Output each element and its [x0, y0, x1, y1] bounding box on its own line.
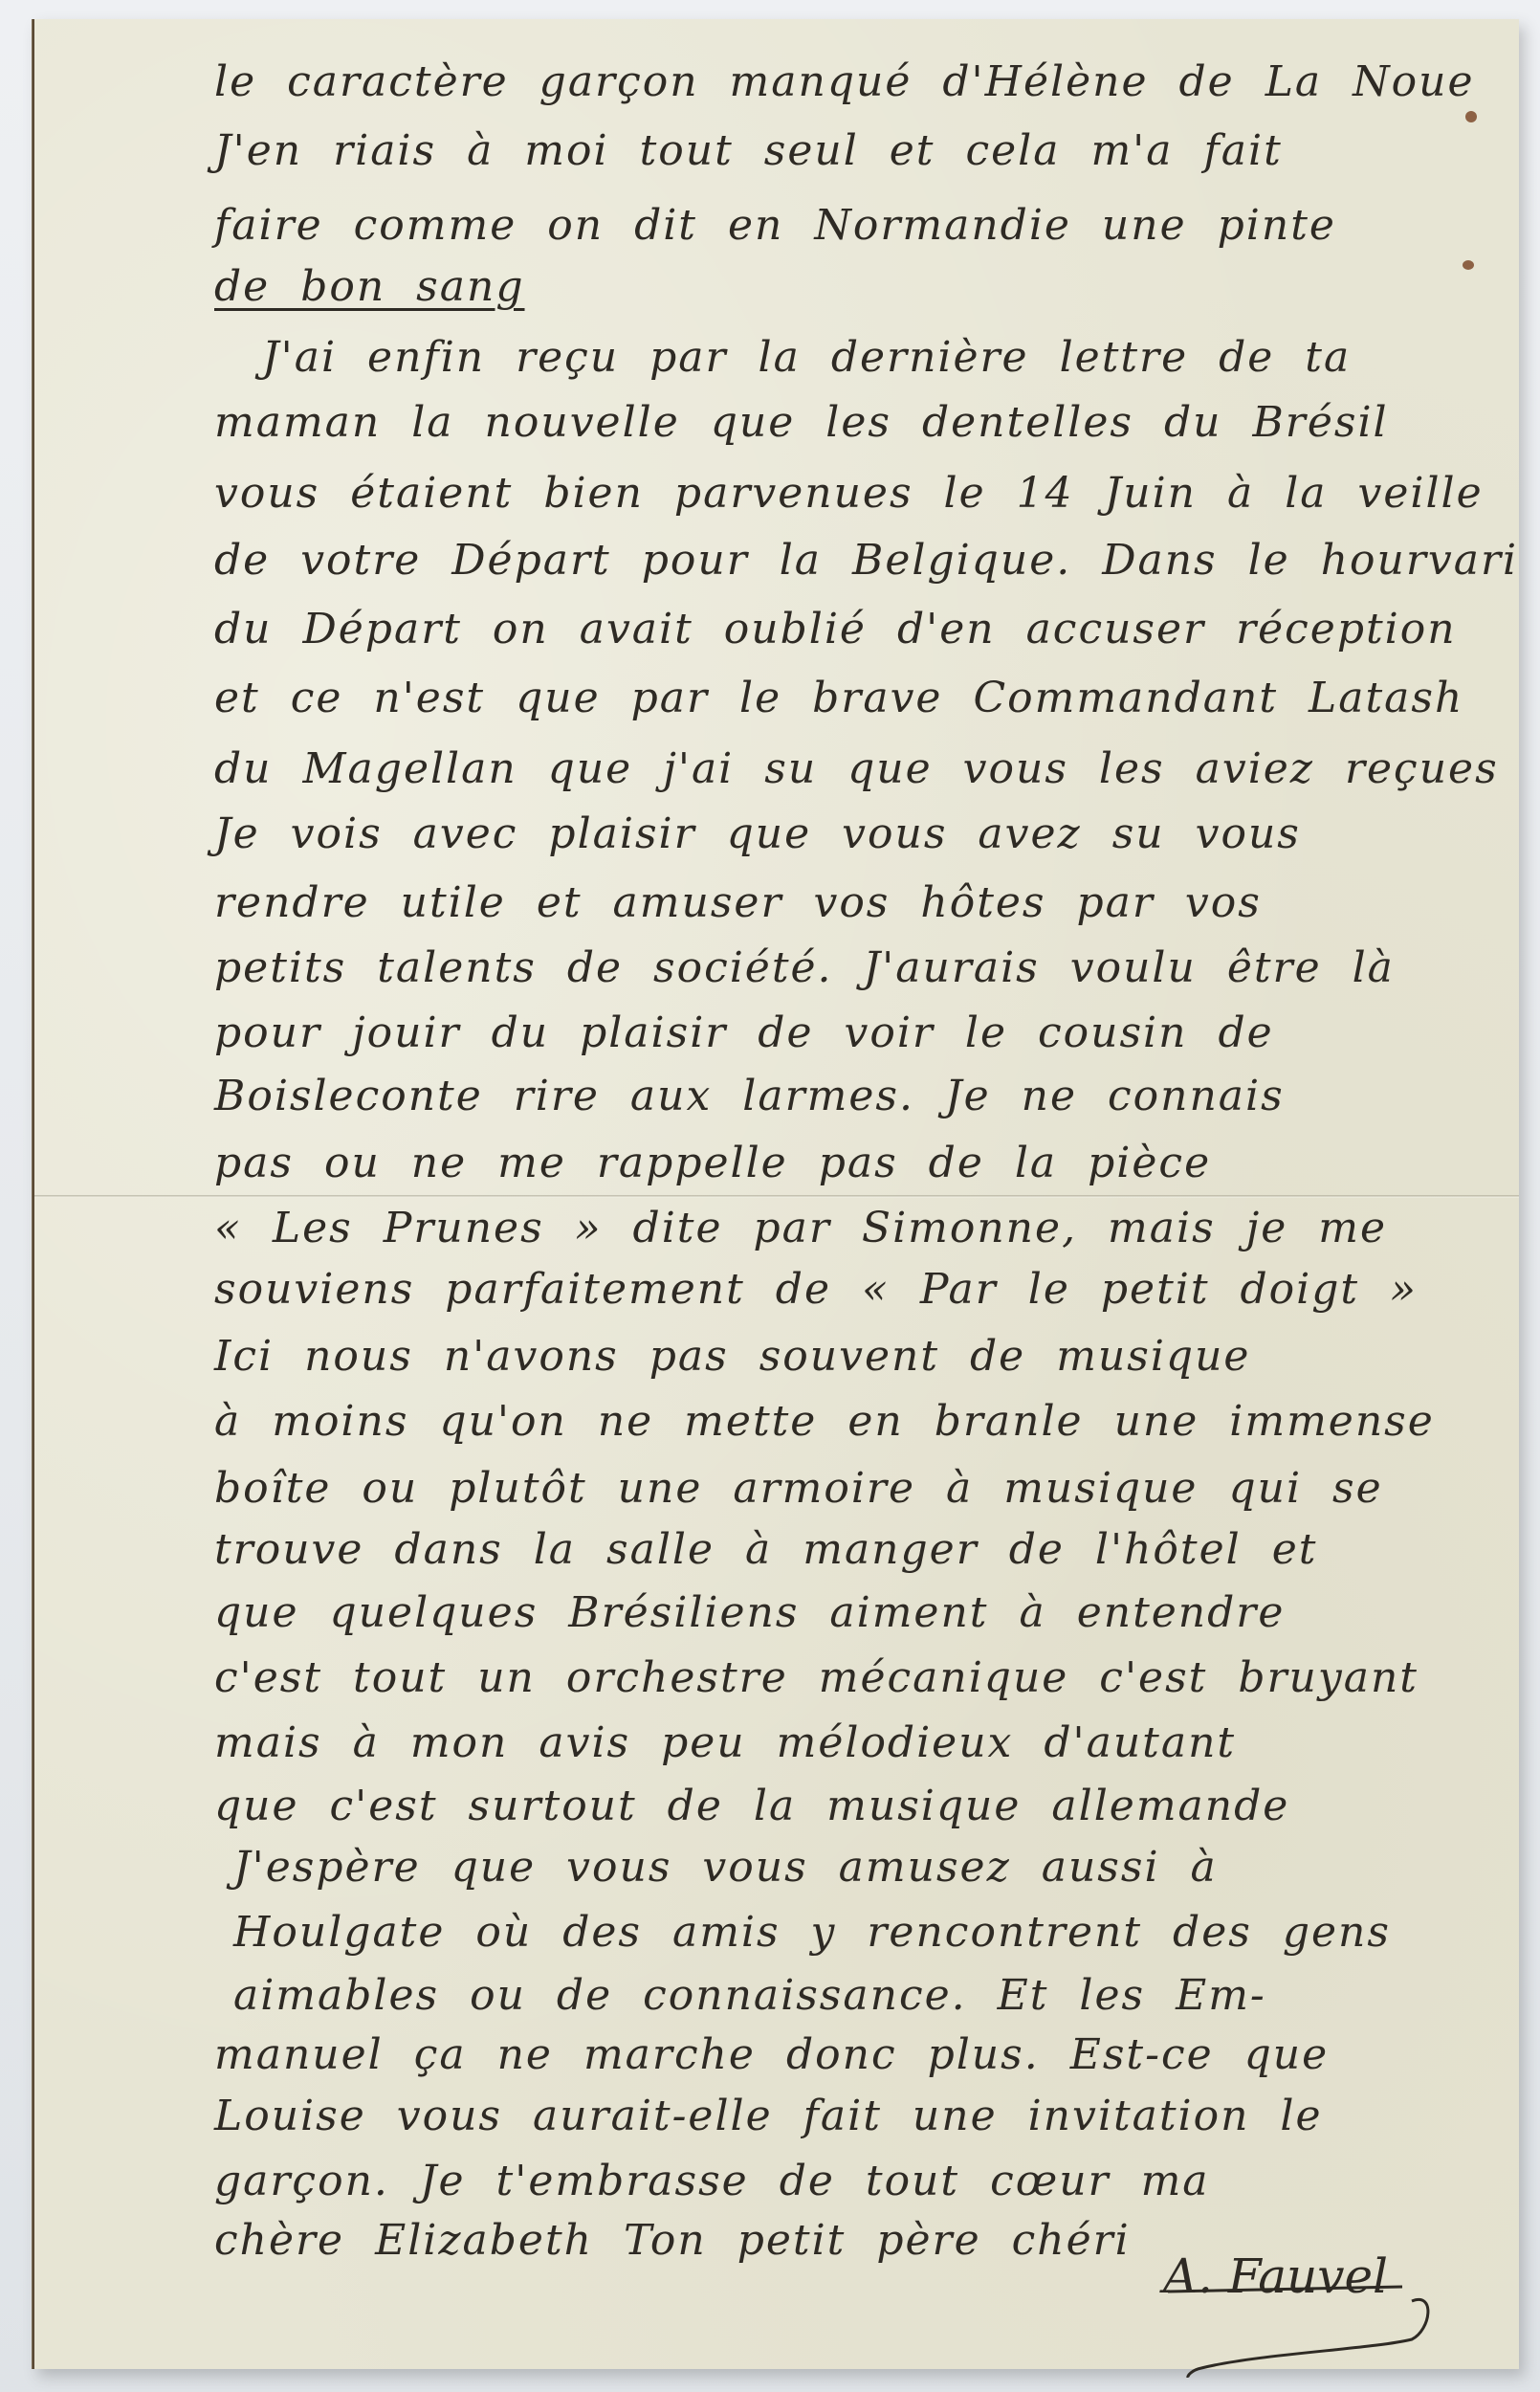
letter-line-1: le caractère garçon manqué d'Hélène de L… [214, 57, 1475, 106]
letter-line-26: mais à mon avis peu mélodieux d'autant [214, 1718, 1236, 1767]
letter-line-30: aimables ou de connaissance. Et les Em- [233, 1971, 1266, 2020]
letter-line-20: Ici nous n'avons pas souvent de musique [214, 1332, 1250, 1381]
letter-line-13: rendre utile et amuser vos hôtes par vos [214, 878, 1262, 927]
letter-body: le caractère garçon manqué d'Hélène de L… [34, 19, 1519, 2369]
letter-line-21: à moins qu'on ne mette en branle une imm… [214, 1397, 1435, 1446]
letter-sheet: le caractère garçon manqué d'Hélène de L… [33, 19, 1519, 2369]
letter-line-33: garçon. Je t'embrasse de tout cœur ma [214, 2157, 1210, 2205]
letter-line-2: J'en riais à moi tout seul et cela m'a f… [214, 126, 1283, 175]
letter-line-28: J'espère que vous vous amusez aussi à [233, 1843, 1218, 1892]
letter-line-9: du Départ on avait oublié d'en accuser r… [214, 605, 1457, 653]
letter-line-4: de bon sang [214, 262, 525, 311]
letter-line-31: manuel ça ne marche donc plus. Est-ce qu… [214, 2030, 1329, 2079]
letter-line-17: pas ou ne me rappelle pas de la pièce [214, 1139, 1211, 1187]
letter-line-5: J'ai enfin reçu par la dernière lettre d… [262, 333, 1351, 382]
letter-line-22: boîte ou plutôt une armoire à musique qu… [214, 1464, 1383, 1513]
letter-line-18: « Les Prunes » dite par Simonne, mais je… [214, 1204, 1387, 1252]
letter-line-32: Louise vous aurait-elle fait une invitat… [214, 2092, 1323, 2140]
letter-line-6: maman la nouvelle que les dentelles du B… [214, 398, 1389, 447]
letter-line-19: souviens parfaitement de « Par le petit … [214, 1265, 1418, 1314]
letter-line-24: que quelques Brésiliens aiment à entendr… [214, 1588, 1285, 1637]
letter-line-34: chère Elizabeth Ton petit père chéri [214, 2216, 1131, 2265]
letter-line-27: que c'est surtout de la musique allemand… [214, 1782, 1289, 1830]
signature-flourish-icon [1163, 2272, 1450, 2378]
letter-line-16: Boisleconte rire aux larmes. Je ne conna… [214, 1072, 1285, 1120]
letter-line-23: trouve dans la salle à manger de l'hôtel… [214, 1525, 1317, 1574]
letter-line-10: et ce n'est que par le brave Commandant … [214, 674, 1463, 722]
letter-line-29: Houlgate où des amis y rencontrent des g… [233, 1908, 1391, 1957]
letter-line-8: de votre Départ pour la Belgique. Dans l… [214, 536, 1518, 585]
letter-line-12: Je vois avec plaisir que vous avez su vo… [214, 809, 1301, 858]
letter-line-11: du Magellan que j'ai su que vous les avi… [214, 744, 1499, 793]
letter-line-3: faire comme on dit en Normandie une pint… [214, 201, 1336, 250]
letter-line-14: petits talents de société. J'aurais voul… [214, 943, 1395, 992]
letter-line-25: c'est tout un orchestre mécanique c'est … [214, 1653, 1419, 1702]
letter-line-15: pour jouir du plaisir de voir le cousin … [214, 1008, 1274, 1057]
letter-line-7: vous étaient bien parvenues le 14 Juin à… [214, 469, 1484, 518]
